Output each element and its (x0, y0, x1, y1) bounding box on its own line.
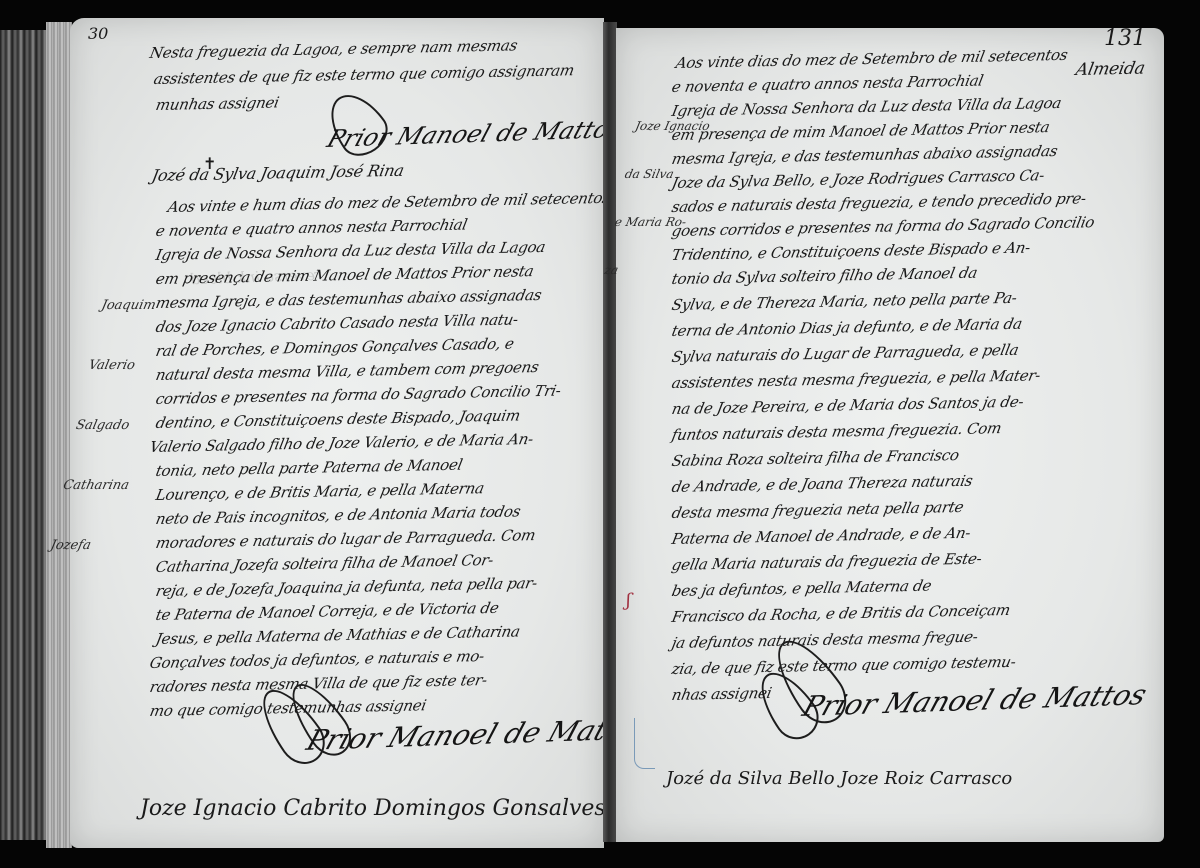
entry-line: zia, de que fiz este termo que comigo te… (670, 653, 1017, 678)
red-ink-mark: ʃ (626, 590, 631, 611)
entry-line: funtos naturais desta mesma freguezia. C… (670, 419, 1003, 444)
entry-line: na de Joze Pereira, e de Maria dos Santo… (670, 393, 1025, 418)
left-page: 30 reverso ink bleed Nesta freguezia da … (70, 18, 604, 848)
entry-line: Jesus, e pella Materna de Mathias e de C… (154, 622, 521, 648)
entry-line: Sylva, e de Thereza Maria, neto pella pa… (670, 289, 1018, 314)
entry-line: em presença de mim Manoel de Mattos Prio… (154, 262, 535, 288)
entry-line: gella Maria naturais da freguezia de Est… (670, 550, 983, 574)
entry-line: mesma Igreja, e das testemunhas abaixo a… (670, 142, 1059, 168)
entry-line: Valerio Salgado filho de Joze Valerio, e… (148, 430, 534, 456)
entry-line: Paterna de Manoel de Andrade, e de An- (670, 524, 972, 548)
right-signature: Prior Manoel de Mattos (799, 678, 1151, 723)
cross-icon: ✝ (203, 154, 216, 173)
entry-line: sados e naturais desta freguezia, e tend… (670, 189, 1087, 216)
left-witness-signatures: Joze Ignacio Cabrito Domingos Gonsalves (140, 796, 606, 821)
entry-line: assistentes nesta mesma freguezia, e pel… (670, 366, 1042, 392)
entry-line: Aos vinte dias do mez de Setembro de mil… (674, 46, 1069, 72)
entry-line: te Paterna de Manoel Correja, e de Victo… (154, 599, 500, 624)
left-top-line-1: Nesta freguezia da Lagoa, e sempre nam m… (148, 36, 519, 62)
entry-line: Gonçalves todos ja defuntos, e naturais … (148, 647, 485, 672)
entry-line: Catharina Jozefa solteira filha de Manoe… (154, 551, 495, 576)
entry-line: desta mesma freguezia neta pella parte (670, 498, 965, 522)
entry-line: moradores e naturais do lugar de Parragu… (154, 526, 537, 552)
entry-line: neto de Pais incognitos, e de Antonia Ma… (154, 502, 522, 528)
page-edges (46, 22, 72, 848)
entry-line: Francisco da Rocha, e de Britis da Conce… (670, 601, 1011, 626)
margin-note-line: Valerio (87, 356, 157, 376)
entry-line: Aos vinte e hum dias do mez de Setembro … (166, 189, 611, 216)
left-top-line-2: assistentes de que fiz este termo que co… (152, 61, 575, 88)
entry-line: natural desta mesma Villa, e tambem com … (154, 358, 540, 384)
book-gutter (603, 22, 617, 842)
entry-line: Igreja de Nossa Senhora da Luz desta Vil… (154, 238, 547, 264)
entry-line: mesma Igreja, e das testemunhas abaixo a… (154, 286, 543, 312)
margin-note-line: Jozefa (48, 536, 118, 556)
entry-line: bes ja defuntos, e pella Materna de (670, 577, 933, 600)
entry-line: ja defuntos naturais desta mesma fregue- (670, 628, 979, 652)
blue-pencil-mark (634, 718, 655, 769)
margin-note-line: Catharina (61, 476, 131, 496)
left-top-line-3: munhas assignei (154, 93, 280, 114)
entry-line: de Andrade, e de Joana Thereza naturais (670, 472, 974, 496)
entry-line: e noventa e quatro annos nesta Parrochia… (154, 216, 468, 240)
entry-line: tonia, neto pella parte Paterna de Manoe… (154, 456, 464, 480)
entry-line: reja, e de Jozefa Joaquina ja defunta, n… (154, 574, 539, 600)
entry-line: Tridentino, e Constituiçoens deste Bispa… (670, 239, 1032, 264)
entry-line: tonio da Sylva solteiro filho de Manoel … (670, 264, 979, 288)
entry-line: Igreja de Nossa Senhora da Luz desta Vil… (670, 94, 1063, 120)
entry-line: Sabina Roza solteira filha de Francisco (670, 446, 960, 470)
entry-line: Sylva naturais do Lugar de Parragueda, e… (670, 341, 1020, 366)
entry-line: dentino, e Constituiçoens deste Bispado,… (154, 406, 521, 432)
left-entry-header: Jozé da Sylva Joaquim José Rina (150, 161, 405, 185)
entry-line: dos Joze Ignacio Cabrito Casado nesta Vi… (154, 310, 519, 336)
entry-line: goens corridos e presentes na forma do S… (670, 213, 1096, 240)
left-page-corner-mark: 30 (88, 24, 108, 43)
margin-note-line: za (603, 262, 681, 278)
entry-line: e noventa e quatro annos nesta Parrochia… (670, 72, 984, 96)
entry-line: terna de Antonio Dias ja defunto, e de M… (670, 315, 1023, 340)
entry-line: em presença de mim Manoel de Mattos Prio… (670, 118, 1051, 144)
page-number: 131 (1104, 26, 1146, 51)
right-page: 131 Almeida Joze Ignacio da Silva e Mari… (616, 28, 1164, 842)
entry-line: Joze da Sylva Bello, e Joze Rodrigues Ca… (670, 166, 1046, 192)
entry-line: ral de Porches, e Domingos Gonçalves Cas… (154, 335, 515, 360)
entry-line: nhas assignei (670, 684, 773, 704)
entry-line: corridos e presentes na forma do Sagrado… (154, 382, 562, 408)
right-margin-name: Almeida (1074, 59, 1146, 80)
right-witness-signatures: Jozé da Silva Bello Joze Roiz Carrasco (666, 768, 1012, 789)
entry-line: Lourenço, e de Britis Maria, e pella Mat… (154, 479, 485, 504)
margin-note-line: Salgado (74, 416, 144, 436)
